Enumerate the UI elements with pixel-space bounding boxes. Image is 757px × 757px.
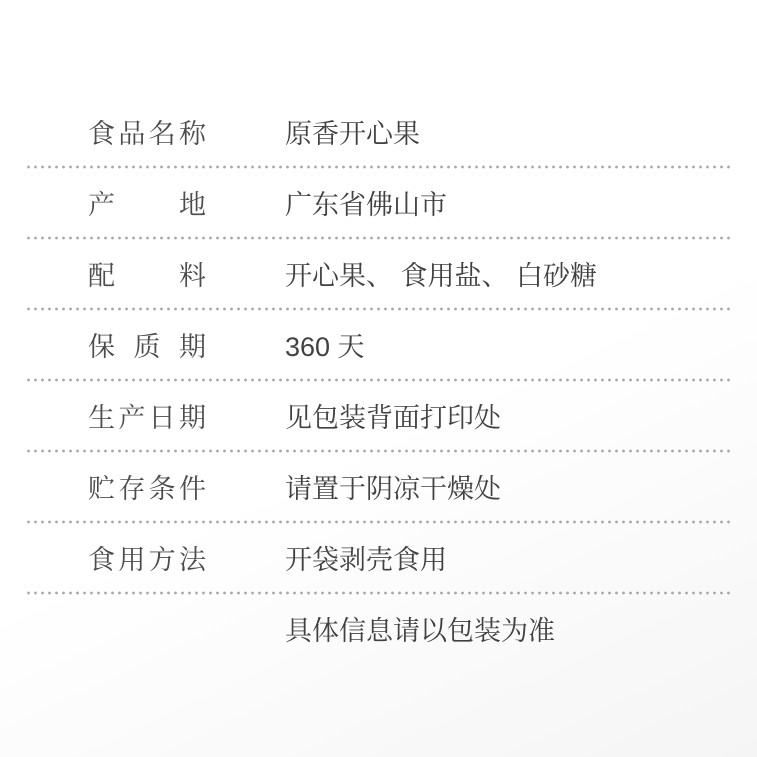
spec-row-shelf-life: 保质期 360 天 (0, 309, 757, 380)
spec-label: 贮存条件 (88, 467, 206, 506)
spec-row-storage: 贮存条件 请置于阴凉干燥处 (0, 451, 757, 522)
footnote-text: 具体信息请以包装为准 (285, 609, 555, 648)
spec-value: 原香开心果 (285, 112, 420, 151)
spec-row-ingredients: 配料 开心果、 食用盐、 白砂糖 (0, 238, 757, 309)
spec-row-usage: 食用方法 开袋剥壳食用 (0, 522, 757, 593)
spec-value: 360 天 (285, 325, 365, 364)
spec-label: 配料 (88, 254, 206, 293)
spec-label: 保质期 (88, 325, 206, 364)
footnote-row: 具体信息请以包装为准 (0, 593, 757, 664)
spec-row-production-date: 生产日期 见包装背面打印处 (0, 380, 757, 451)
spec-label: 食用方法 (88, 538, 206, 577)
spec-value: 见包装背面打印处 (285, 396, 501, 435)
spec-row-food-name: 食品名称 原香开心果 (0, 96, 757, 167)
spec-label: 产地 (88, 183, 206, 222)
spec-value: 开袋剥壳食用 (285, 538, 447, 577)
spec-value: 广东省佛山市 (285, 183, 447, 222)
spec-value: 请置于阴凉干燥处 (285, 467, 501, 506)
product-spec-table: 食品名称 原香开心果 产地 广东省佛山市 配料 开心果、 食用盐、 白砂糖 保质… (0, 96, 757, 664)
spec-label: 食品名称 (88, 112, 206, 151)
spec-label: 生产日期 (88, 396, 206, 435)
spec-row-origin: 产地 广东省佛山市 (0, 167, 757, 238)
spec-value: 开心果、 食用盐、 白砂糖 (285, 254, 597, 293)
